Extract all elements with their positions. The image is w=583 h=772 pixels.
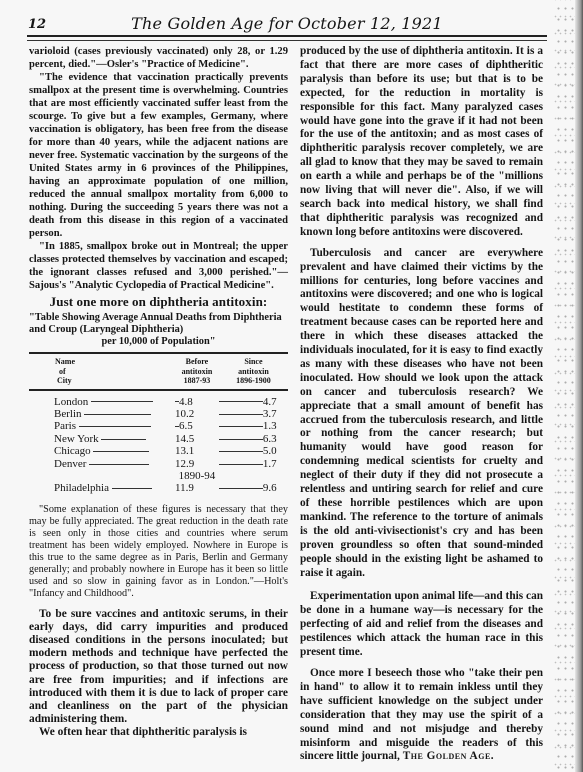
header-rule xyxy=(27,35,547,41)
paragraph: "The evidence that vaccination practical… xyxy=(29,71,288,240)
header-since-antitoxin: Since antitoxin 1896-1900 xyxy=(219,353,288,390)
diphtheria-deaths-table: Name of City Before antitoxin 1887-93 Si… xyxy=(29,352,288,495)
table-title: "Table Showing Average Annual Deaths fro… xyxy=(29,312,288,348)
paragraph: "In 1885, smallpox broke out in Montreal… xyxy=(29,240,288,292)
paragraph: Tuberculosis and cancer are everywhere p… xyxy=(300,247,543,581)
header-before-antitoxin: Before antitoxin 1887-93 xyxy=(175,353,219,390)
paragraph: Experimentation upon animal life—and thi… xyxy=(300,590,543,660)
table-row: London 4.8 4.7 xyxy=(29,396,288,408)
journal-signature: The Golden Age. xyxy=(403,750,494,762)
table-row: New York 14.5 6.3 xyxy=(29,433,288,445)
header-name-of-city: Name of City xyxy=(29,353,175,390)
scan-noise xyxy=(553,0,575,772)
page-header: 12 The Golden Age for October 12, 1921 xyxy=(27,8,547,34)
section-lead: Just one more on diphtheria antitoxin: xyxy=(29,295,288,308)
table-row: Denver 12.9 1.7 xyxy=(29,458,288,470)
table-row: Paris 6.5 1.3 xyxy=(29,420,288,432)
paragraph: Once more I beseech those who "take thei… xyxy=(300,667,543,764)
table-row: Chicago 13.1 5.0 xyxy=(29,445,288,457)
left-column: varioloid (cases previously vaccinated) … xyxy=(29,45,288,740)
paragraph: produced by the use of diphtheria antito… xyxy=(300,45,543,240)
table-row-years-note: 1890-94 xyxy=(29,470,288,482)
paragraph: "Some explanation of these figures is ne… xyxy=(29,504,288,601)
table-row: Berlin 10.2 3.7 xyxy=(29,408,288,420)
right-column: produced by the use of diphtheria antito… xyxy=(300,45,543,764)
page-edge-shadow xyxy=(575,0,583,772)
table-row: Philadelphia 11.9 9.6 xyxy=(29,482,288,494)
scanned-page: 12 The Golden Age for October 12, 1921 v… xyxy=(0,0,583,772)
paragraph: To be sure vaccines and antitoxic serums… xyxy=(29,608,288,727)
masthead-title: The Golden Age for October 12, 1921 xyxy=(27,14,547,33)
paragraph: We often hear that diphtheritic paralysi… xyxy=(29,726,288,739)
paragraph: varioloid (cases previously vaccinated) … xyxy=(29,45,288,71)
